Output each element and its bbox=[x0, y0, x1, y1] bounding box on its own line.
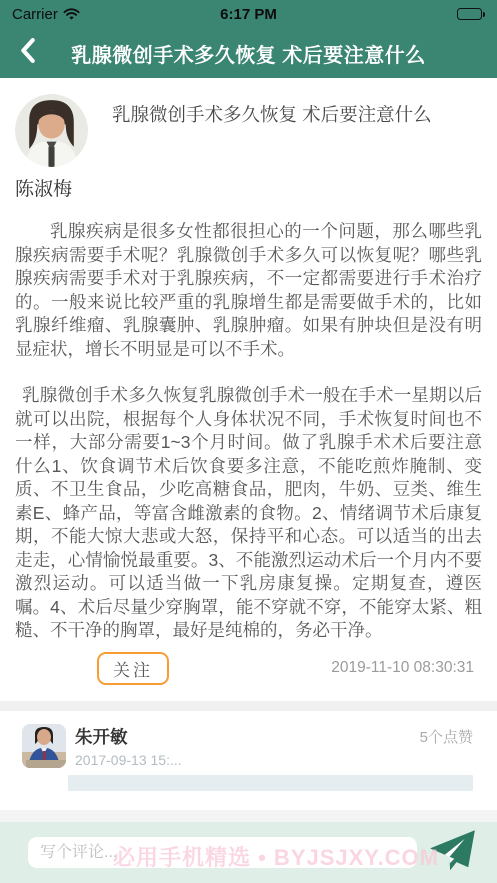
commenter-name: 朱开敏 bbox=[75, 724, 182, 749]
status-bar: 6:17 PM Carrier bbox=[0, 0, 497, 28]
comment-input[interactable] bbox=[28, 837, 417, 868]
send-button[interactable] bbox=[417, 826, 489, 880]
section-divider bbox=[0, 701, 497, 711]
article-paragraph-2: 乳腺微创手术多久恢复乳腺微创手术一般在手术一星期以后就可以出院，根据每个人身体状… bbox=[15, 384, 482, 643]
status-time: 6:17 PM bbox=[0, 6, 497, 23]
comment-composer: 必用手机精选 • BYJSJXY.COM bbox=[0, 822, 497, 883]
author-name: 陈淑梅 bbox=[15, 174, 99, 201]
nav-bar: 乳腺微创手术多久恢复 术后要注意什么 bbox=[0, 28, 497, 78]
comment-like-count: 5个点赞 bbox=[420, 724, 473, 768]
publish-timestamp: 2019-11-10 08:30:31 bbox=[331, 659, 474, 677]
commenter-avatar[interactable] bbox=[22, 724, 66, 768]
app-screen: 6:17 PM Carrier bbox=[0, 0, 497, 883]
comment-card: 朱开敏 2017-09-13 15:... 5个点赞 bbox=[0, 711, 497, 810]
article-card: 陈淑梅 乳腺微创手术多久恢复 术后要注意什么 乳腺疾病是很多女性都很担心的一个问… bbox=[0, 78, 497, 701]
battery-icon bbox=[457, 8, 485, 20]
page-title: 乳腺微创手术多久恢复 术后要注意什么 bbox=[0, 39, 497, 68]
back-button[interactable] bbox=[10, 36, 44, 70]
paper-plane-icon bbox=[423, 825, 483, 880]
author-avatar[interactable] bbox=[15, 94, 88, 167]
follow-button[interactable]: 关注 bbox=[97, 652, 169, 685]
comment-date: 2017-09-13 15:... bbox=[75, 752, 182, 768]
comment-row[interactable]: 朱开敏 2017-09-13 15:... 5个点赞 bbox=[22, 724, 473, 768]
article-paragraph-1: 乳腺疾病是很多女性都很担心的一个问题，那么哪些乳腺疾病需要手术呢？乳腺微创手术多… bbox=[15, 220, 482, 361]
comment-content-placeholder bbox=[68, 775, 473, 791]
article-title: 乳腺微创手术多久恢复 术后要注意什么 bbox=[112, 101, 482, 201]
chevron-left-icon bbox=[20, 38, 35, 68]
